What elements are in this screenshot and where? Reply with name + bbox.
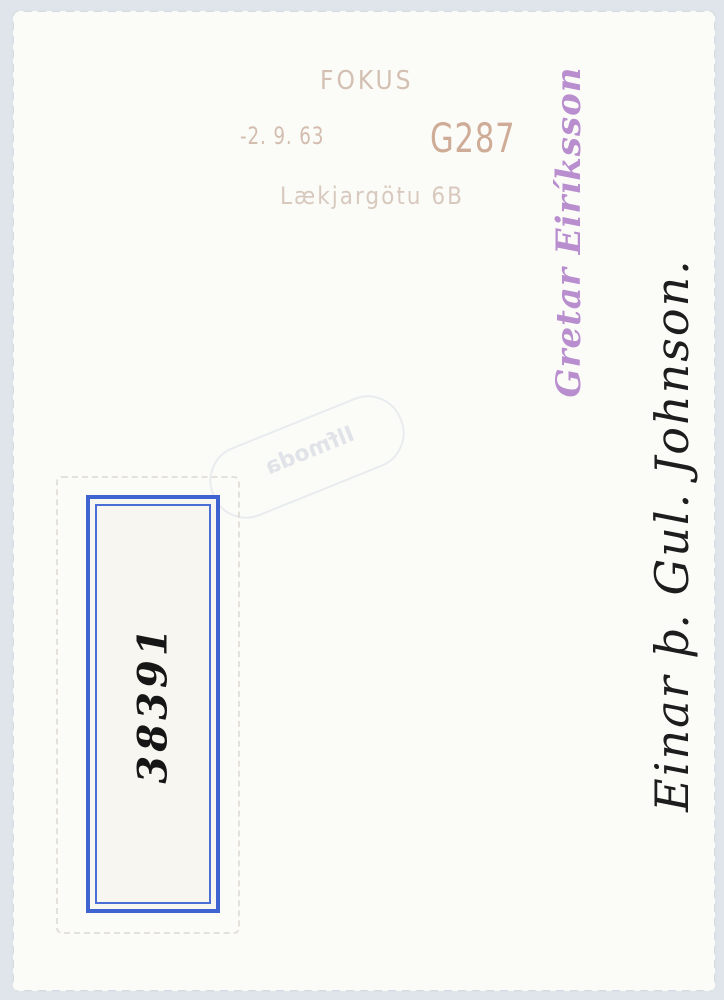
archive-label: 38391 xyxy=(86,495,220,913)
photographer-stamp: Gretar Eiríksson xyxy=(549,67,589,398)
deckled-edge-left xyxy=(9,12,19,990)
studio-name: FOKUS xyxy=(320,66,413,96)
deckled-edge-top xyxy=(14,7,714,17)
studio-number: G287 xyxy=(430,116,515,162)
handwritten-caption: Einar þ. Gul. Johnson. xyxy=(645,258,699,812)
archive-number: 38391 xyxy=(130,624,177,783)
studio-address: Lækjargötu 6B xyxy=(280,182,464,210)
watermark-text: Ilfmoda xyxy=(262,422,358,480)
studio-date: -2. 9. 63 xyxy=(240,122,324,150)
deckled-edge-right xyxy=(709,12,719,990)
deckled-edge-bottom xyxy=(14,985,714,995)
